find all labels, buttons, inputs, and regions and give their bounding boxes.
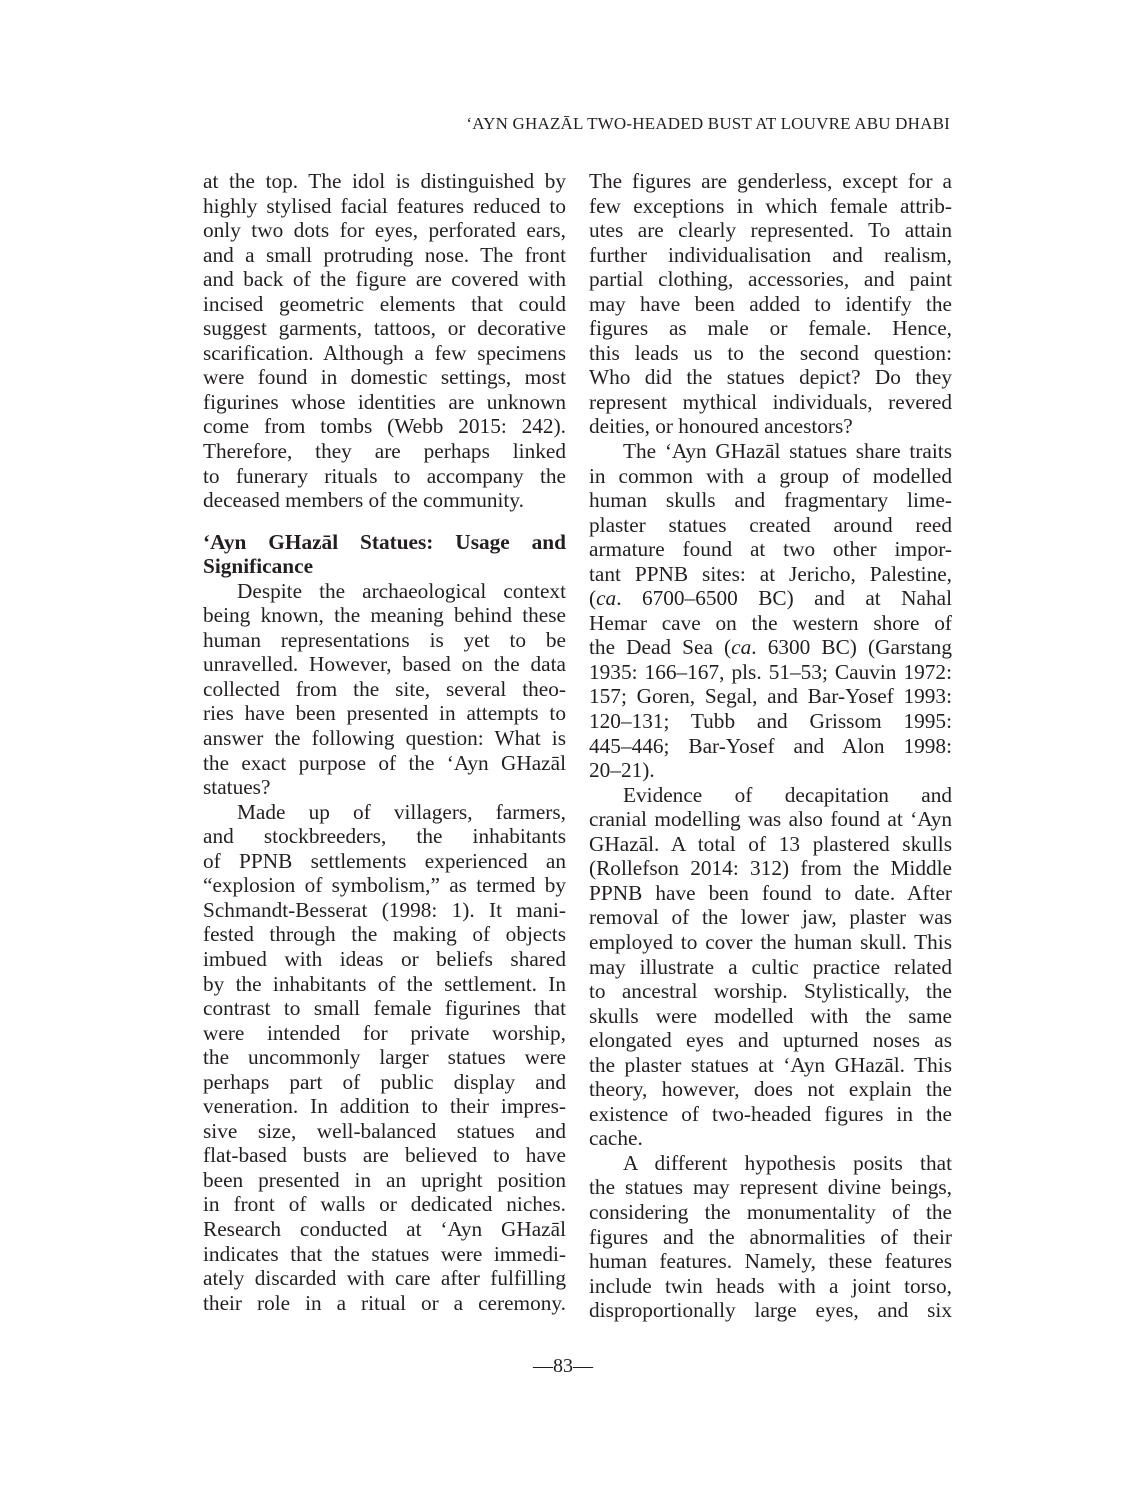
text-line: come from tombs (Webb 2015: 242). [203,414,566,439]
text-line: The figures are genderless, except for a [589,169,952,194]
text-line: GHazāl. A total of 13 plastered skulls [589,832,952,857]
text-line: cranial modelling was also found at ‘Ayn [589,807,952,832]
text-line: ately discarded with care after fulfilli… [203,1266,566,1291]
text-line: human features. Namely, these features [589,1249,952,1274]
text-line: further individualisation and realism, [589,243,952,268]
text-line: the Dead Sea (ca. 6300 BC) (Garstang [589,635,952,660]
section-heading: ‘Ayn GHazāl Statues: Usage andSignifican… [203,530,566,579]
text-line: 157; Goren, Segal, and Bar-Yosef 1993: [589,684,952,709]
text-line: Who did the statues depict? Do they [589,365,952,390]
text-line: unravelled. However, based on the data [203,652,566,677]
text-line: the exact purpose of the ‘Ayn GHazāl [203,751,566,776]
text-line: the statues may represent divine beings, [589,1175,952,1200]
text-line: answer the following question: What is [203,726,566,751]
text-line: indicates that the statues were immedi- [203,1242,566,1267]
text-line: utes are clearly represented. To attain [589,218,952,243]
text-line: statues? [203,775,566,800]
text-line: may have been added to identify the [589,292,952,317]
text-line: existence of two-headed figures in the [589,1102,952,1127]
text-line: contrast to small female figurines that [203,996,566,1021]
page-number: —83— [0,1355,1126,1378]
paragraph: at the top. The idol is distinguished by… [203,169,566,513]
right-column: The figures are genderless, except for a… [589,169,952,1323]
text-line: considering the monumentality of the [589,1200,952,1225]
text-line: deceased members of the community. [203,488,566,513]
text-line: 120–131; Tubb and Grissom 1995: [589,709,952,734]
text-line: may illustrate a cultic practice related [589,955,952,980]
text-line: theory, however, does not explain the [589,1077,952,1102]
text-line: collected from the site, several theo- [203,677,566,702]
paragraph: Made up of villagers, farmers,and stockb… [203,800,566,1315]
text-line: The ‘Ayn GHazāl statues share traits [589,439,952,464]
text-line: ries have been presented in attempts to [203,701,566,726]
text-line: to ancestral worship. Stylistically, the [589,979,952,1004]
text-line: scarification. Although a few specimens [203,341,566,366]
text-line: been presented in an upright position [203,1168,566,1193]
text-line: 445–446; Bar-Yosef and Alon 1998: [589,734,952,759]
text-line: human representations is yet to be [203,628,566,653]
text-line: skulls were modelled with the same [589,1004,952,1029]
text-line: cache. [589,1126,952,1151]
text-line: only two dots for eyes, perforated ears, [203,218,566,243]
text-line: sive size, well-balanced statues and [203,1119,566,1144]
text-line: in front of walls or dedicated niches. [203,1192,566,1217]
left-column: at the top. The idol is distinguished by… [203,169,566,1315]
text-line: their role in a ritual or a ceremony. [203,1291,566,1316]
text-line: figurines whose identities are unknown [203,390,566,415]
text-line: in common with a group of modelled [589,464,952,489]
text-line: disproportionally large eyes, and six [589,1298,952,1323]
text-line: at the top. The idol is distinguished by [203,169,566,194]
text-line: “explosion of symbolism,” as termed by [203,873,566,898]
text-line: fested through the making of objects [203,922,566,947]
text-line: A different hypothesis posits that [589,1151,952,1176]
text-line: and a small protruding nose. The front [203,243,566,268]
text-line: figures and the abnormalities of their [589,1225,952,1250]
text-line: being known, the meaning behind these [203,603,566,628]
text-line: veneration. In addition to their impres- [203,1094,566,1119]
text-line: suggest garments, tattoos, or decorative [203,316,566,341]
text-line: Research conducted at ‘Ayn GHazāl [203,1217,566,1242]
text-line: armature found at two other impor- [589,537,952,562]
text-line: by the inhabitants of the settlement. In [203,972,566,997]
text-line: the plaster statues at ‘Ayn GHazāl. This [589,1053,952,1078]
text-line: ‘Ayn GHazāl Statues: Usage and [203,530,566,555]
text-line: Made up of villagers, farmers, [203,800,566,825]
text-line: Hemar cave on the western shore of [589,611,952,636]
text-line: removal of the lower jaw, plaster was [589,905,952,930]
text-line: (Rollefson 2014: 312) from the Middle [589,856,952,881]
text-line: were found in domestic settings, most [203,365,566,390]
paragraph: Despite the archaeological contextbeing … [203,579,566,800]
text-line: human skulls and fragmentary lime- [589,488,952,513]
text-line: Despite the archaeological context [203,579,566,604]
text-line: highly stylised facial features reduced … [203,194,566,219]
paragraph: The ‘Ayn GHazāl statues share traitsin c… [589,439,952,783]
paragraph: The figures are genderless, except for a… [589,169,952,439]
text-line: (ca. 6700–6500 BC) and at Nahal [589,586,952,611]
text-line: plaster statues created around reed [589,513,952,538]
text-line: few exceptions in which female attrib- [589,194,952,219]
text-line: Schmandt-Besserat (1998: 1). It mani- [203,898,566,923]
text-line: 20–21). [589,758,952,783]
text-line: Significance [203,554,566,579]
text-line: elongated eyes and upturned noses as [589,1028,952,1053]
text-line: tant PPNB sites: at Jericho, Palestine, [589,562,952,587]
text-line: of PPNB settlements experienced an [203,849,566,874]
paragraph: Evidence of decapitation andcranial mode… [589,783,952,1151]
text-line: Evidence of decapitation and [589,783,952,808]
text-line: were intended for private worship, [203,1021,566,1046]
text-line: and back of the figure are covered with [203,267,566,292]
text-line: partial clothing, accessories, and paint [589,267,952,292]
text-line: to funerary rituals to accompany the [203,464,566,489]
text-line: incised geometric elements that could [203,292,566,317]
text-line: deities, or honoured ancestors? [589,414,952,439]
text-line: figures as male or female. Hence, [589,316,952,341]
paragraph: A different hypothesis posits thatthe st… [589,1151,952,1323]
text-line: employed to cover the human skull. This [589,930,952,955]
text-line: Therefore, they are perhaps linked [203,439,566,464]
text-line: and stockbreeders, the inhabitants [203,824,566,849]
text-line: this leads us to the second question: [589,341,952,366]
text-line: imbued with ideas or beliefs shared [203,947,566,972]
text-line: perhaps part of public display and [203,1070,566,1095]
text-line: 1935: 166–167, pls. 51–53; Cauvin 1972: [589,660,952,685]
text-line: PPNB have been found to date. After [589,881,952,906]
text-line: represent mythical individuals, revered [589,390,952,415]
text-line: include twin heads with a joint torso, [589,1274,952,1299]
text-line: the uncommonly larger statues were [203,1045,566,1070]
running-header: ‘AYN GHAZĀL TWO-HEADED BUST AT LOUVRE AB… [466,114,950,134]
text-line: flat-based busts are believed to have [203,1143,566,1168]
